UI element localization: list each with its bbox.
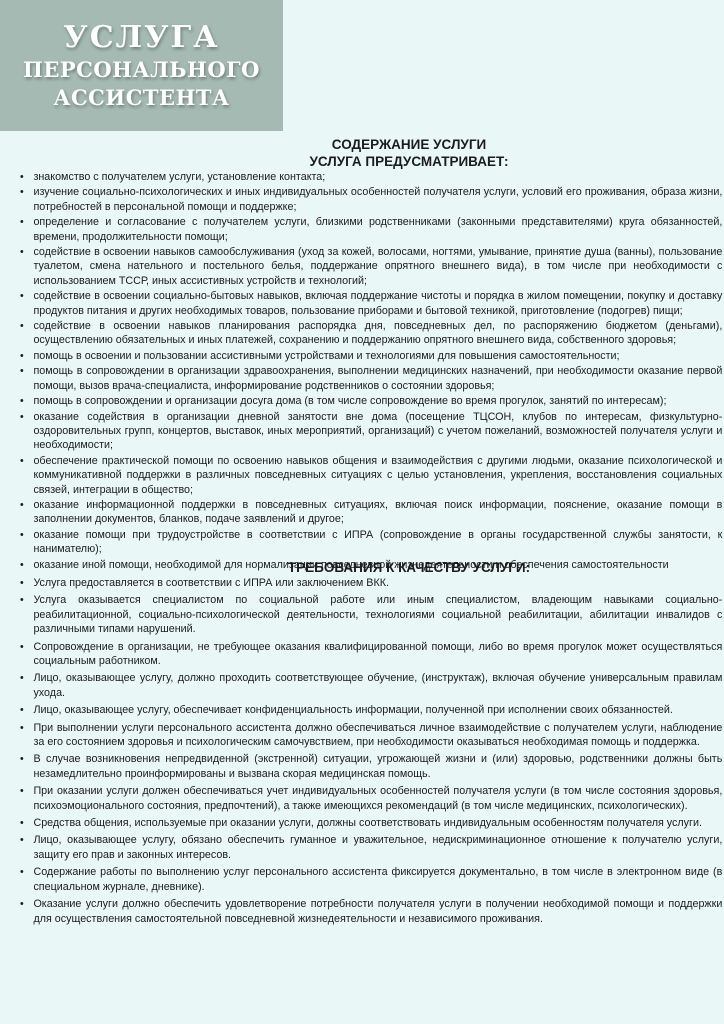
document-body: СОДЕРЖАНИЕ УСЛУГИ УСЛУГА ПРЕДУСМАТРИВАЕТ… (20, 136, 710, 929)
list-item: оказание иной помощи, необходимой для но… (20, 558, 722, 572)
list-item: Оказание услуги должно обеспечить удовле… (20, 897, 722, 926)
list-item: определение и согласование с получателем… (20, 215, 722, 244)
list-item: помощь в сопровождении и организации дос… (20, 394, 722, 408)
list-item: Лицо, оказывающее услугу, обязано обеспе… (20, 833, 722, 862)
list-item: Содержание работы по выполнению услуг пе… (20, 865, 722, 894)
title-banner: УСЛУГА ПЕРСОНАЛЬНОГО АССИСТЕНТА (0, 0, 283, 131)
list-item: При оказании услуги должен обеспечиватьс… (20, 784, 722, 813)
list-item: Услуга оказывается специалистом по социа… (20, 593, 722, 636)
list-item: помощь в сопровождении в организации здр… (20, 364, 722, 393)
list-item: В случае возникновения непредвиденной (э… (20, 752, 722, 781)
list-item: помощь в освоении и пользовании ассистив… (20, 349, 722, 363)
list-item: содействие в освоении навыков самообслуж… (20, 245, 722, 288)
list-item: содействие в освоении социально-бытовых … (20, 289, 722, 318)
title-line-1: УСЛУГА (63, 22, 219, 54)
title-line-2: ПЕРСОНАЛЬНОГО (23, 59, 260, 81)
list-item: Средства общения, используемые при оказа… (20, 816, 722, 830)
list-item: Сопровождение в организации, не требующе… (20, 640, 722, 669)
list-item: Услуга предоставляется в соответствии с … (20, 576, 722, 590)
list-item: оказание информационной поддержки в повс… (20, 498, 722, 527)
title-line-3: АССИСТЕНТА (53, 87, 229, 109)
list-item: При выполнении услуги персонального асси… (20, 721, 722, 750)
list-item: содействие в освоении навыков планирован… (20, 319, 722, 348)
content-section-title: СОДЕРЖАНИЕ УСЛУГИ (20, 136, 710, 153)
list-item: изучение социально-психологических и ины… (20, 185, 722, 214)
list-item: Лицо, оказывающее услугу, должно проходи… (20, 671, 722, 700)
list-item: оказание содействия в организации дневно… (20, 410, 722, 453)
content-section-subtitle: УСЛУГА ПРЕДУСМАТРИВАЕТ: (20, 153, 710, 170)
list-item: Лицо, оказывающее услугу, обеспечивает к… (20, 703, 722, 717)
list-item: обеспечение практической помощи по освое… (20, 454, 722, 497)
service-content-list: знакомство с получателем услуги, установ… (20, 170, 710, 572)
list-item: оказание помощи при трудоустройстве в со… (20, 528, 722, 557)
list-item: знакомство с получателем услуги, установ… (20, 170, 722, 184)
quality-requirements-list: Услуга предоставляется в соответствии с … (20, 576, 710, 926)
